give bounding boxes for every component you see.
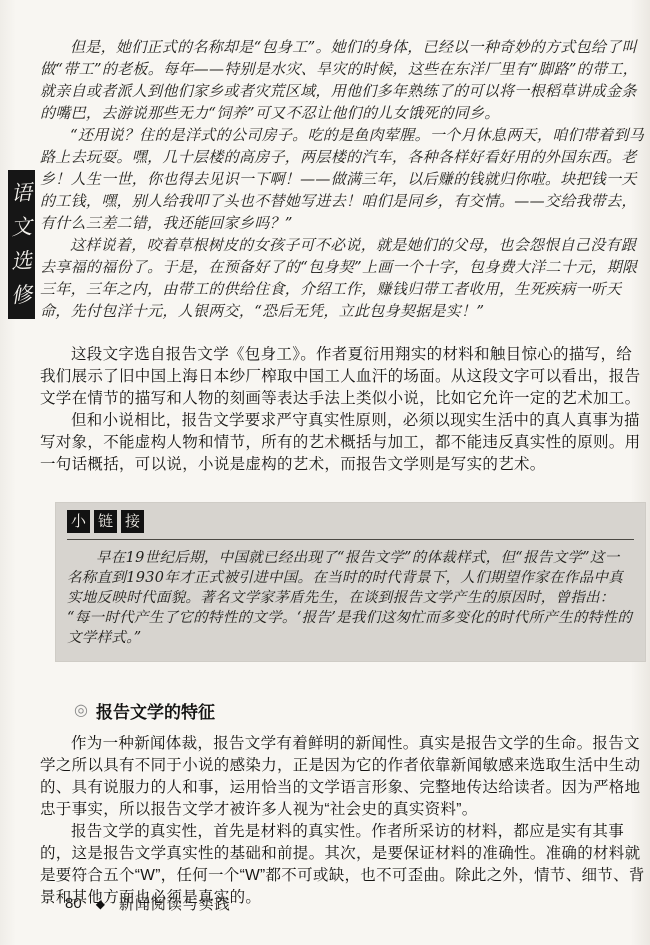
excerpt-paragraph-1: 但是，她们正式的名称却是“包身工”。她们的身体，已经以一种奇妙的方式包给了叫做“… bbox=[40, 36, 646, 124]
page-footer: 80 ◆ 新闻阅读与实践 bbox=[65, 893, 231, 914]
book-title: 新闻阅读与实践 bbox=[119, 893, 231, 914]
link-box-title: 小 链 接 bbox=[67, 510, 634, 533]
link-box-divider bbox=[67, 539, 634, 540]
link-box-title-char-2: 链 bbox=[94, 510, 117, 533]
section-heading: ◎ 报告文学的特征 bbox=[74, 698, 646, 723]
spine-char-xiu: 修 bbox=[10, 284, 32, 306]
page-number: 80 bbox=[65, 895, 82, 912]
textbook-page: 语 文 选 修 但是，她们正式的名称却是“包身工”。她们的身体，已经以一种奇妙的… bbox=[0, 0, 650, 945]
diamond-icon: ◆ bbox=[96, 897, 105, 911]
page-content: 但是，她们正式的名称却是“包身工”。她们的身体，已经以一种奇妙的方式包给了叫做“… bbox=[40, 36, 646, 909]
spine-char-wen: 文 bbox=[10, 216, 32, 238]
baoshengong-excerpt: 但是，她们正式的名称却是“包身工”。她们的身体，已经以一种奇妙的方式包给了叫做“… bbox=[40, 36, 646, 322]
excerpt-paragraph-3: 这样说着，咬着草根树皮的女孩子可不必说，就是她们的父母，也会怨恨自己没有跟去享福… bbox=[40, 234, 646, 322]
excerpt-paragraph-2: “还用说？住的是洋式的公司房子。吃的是鱼肉荤腥。一个月休息两天，咱们带着到马路上… bbox=[40, 124, 646, 234]
section-body: 作为一种新闻体裁，报告文学有着鲜明的新闻性。真实是报告文学的生命。报告文学之所以… bbox=[40, 733, 646, 909]
spine-char-xuan: 选 bbox=[10, 250, 32, 272]
spine-char-yu: 语 bbox=[10, 182, 32, 204]
sidebar-vertical-banner: 语 文 选 修 bbox=[8, 170, 35, 319]
link-box: 小 链 接 早在19世纪后期，中国就已经出现了“报告文学”的体裁样式，但“报告文… bbox=[55, 502, 646, 662]
link-box-title-char-1: 小 bbox=[67, 510, 90, 533]
commentary-text: 这段文字选自报告文学《包身工》。作者夏衍用翔实的材料和触目惊心的描写，给我们展示… bbox=[40, 344, 646, 476]
commentary-paragraph-1: 这段文字选自报告文学《包身工》。作者夏衍用翔实的材料和触目惊心的描写，给我们展示… bbox=[40, 344, 646, 410]
section-paragraph-1: 作为一种新闻体裁，报告文学有着鲜明的新闻性。真实是报告文学的生命。报告文学之所以… bbox=[40, 733, 646, 821]
section-heading-text: 报告文学的特征 bbox=[96, 698, 215, 723]
link-box-title-char-3: 接 bbox=[121, 510, 144, 533]
commentary-paragraph-2: 但和小说相比，报告文学要求严守真实性原则，必须以现实生活中的真人真事为描写对象，… bbox=[40, 410, 646, 476]
link-box-body: 早在19世纪后期，中国就已经出现了“报告文学”的体裁样式，但“报告文学”这一名称… bbox=[67, 548, 634, 648]
section-bullet-icon: ◎ bbox=[74, 703, 88, 719]
